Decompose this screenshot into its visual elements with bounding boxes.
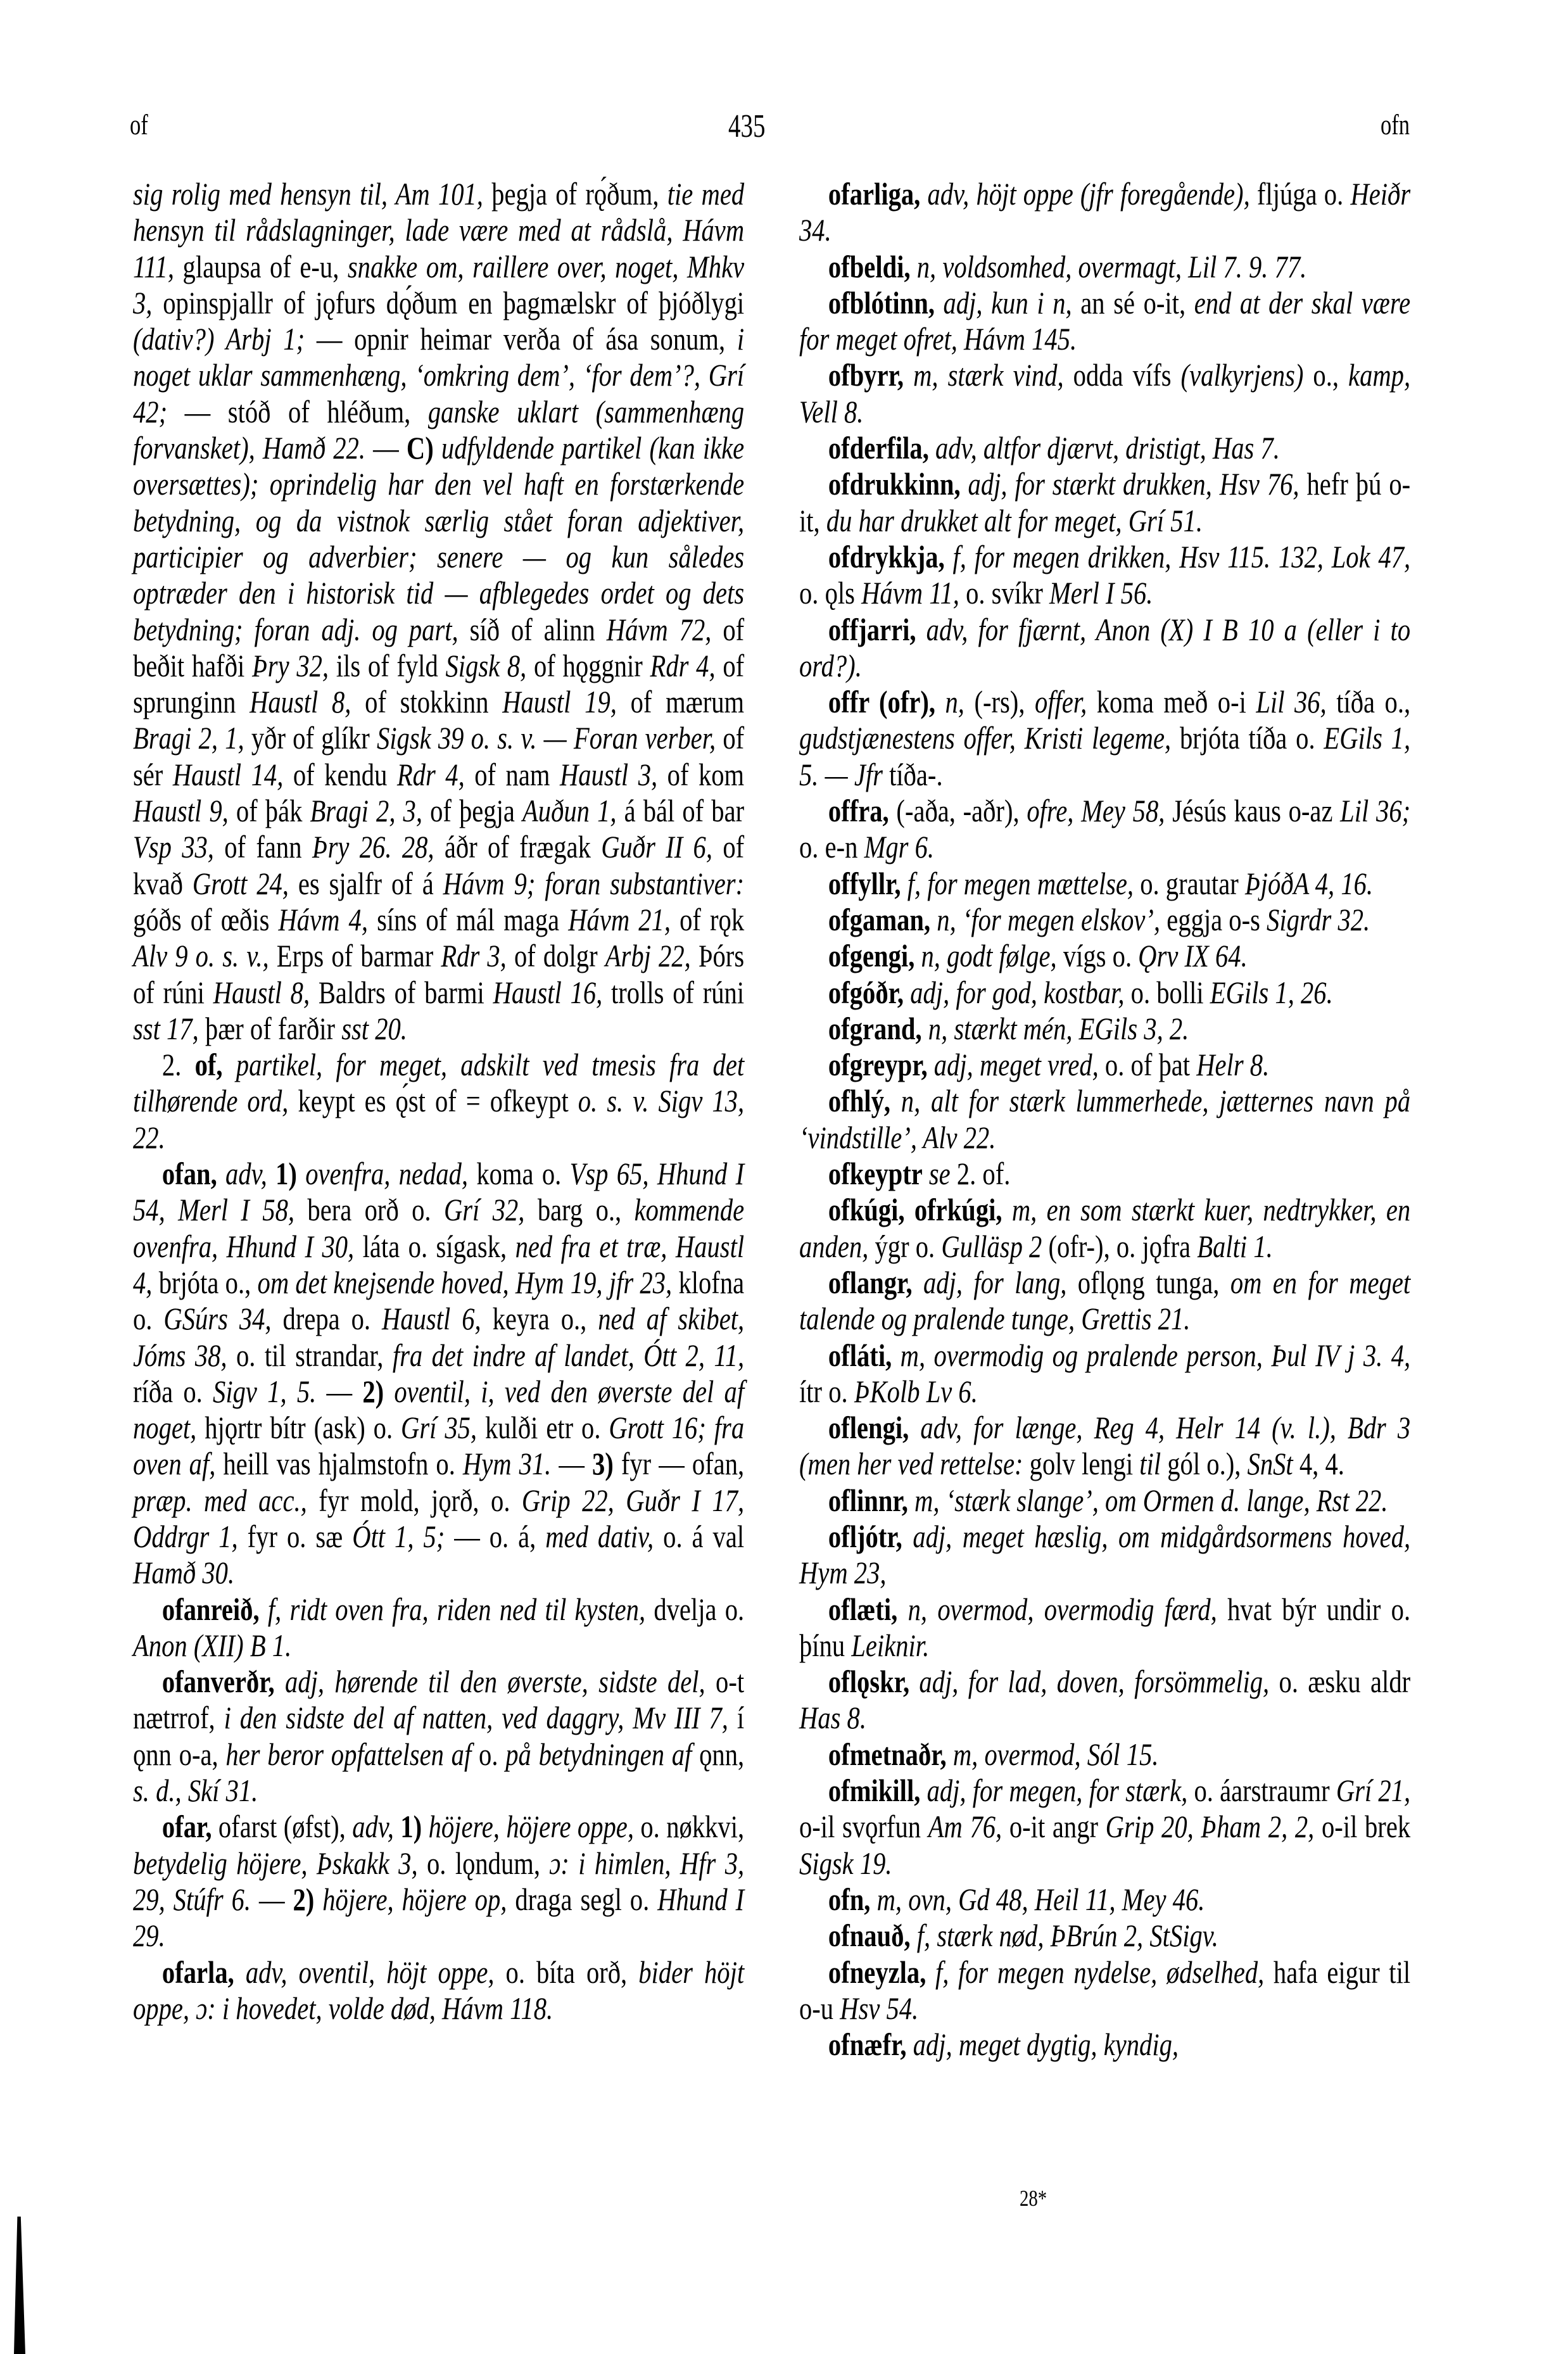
dictionary-entry: offr (ofr), n, (-rs), offer, koma með o-… <box>799 684 1410 793</box>
italic-text: f, stærk nød, ÞBrún 2, StSigv. <box>911 1918 1218 1953</box>
italic-text: på betydningen af <box>505 1737 692 1772</box>
roman-text: láta o. sígask, <box>354 1229 515 1264</box>
headword: ofn, <box>828 1882 871 1917</box>
italic-text: Haustl 14, <box>173 757 284 792</box>
roman-text: — <box>251 1882 293 1917</box>
roman-text: yðr of glíkr <box>244 721 377 756</box>
roman-text: of rǫk <box>671 902 744 937</box>
roman-text: fyr — ofan, <box>614 1446 744 1481</box>
roman-text: trolls of rúni <box>602 975 744 1010</box>
headword: oflangr, <box>828 1265 913 1300</box>
roman-text: hjǫrtr bítr (ask) o. <box>196 1410 401 1445</box>
dictionary-entry: ofanreið, f, ridt oven fra, riden ned ti… <box>133 1591 744 1664</box>
dictionary-entry: ofmikill, adj, for megen, for stærk, o. … <box>799 1773 1410 1882</box>
roman-text: tíða-. <box>883 757 943 792</box>
italic-text: n, godt følge, <box>914 939 1056 973</box>
roman-text: of hǫggnir <box>526 649 650 683</box>
headword: ofgóðr, <box>828 975 904 1010</box>
dictionary-entry: oflǫskr, adj, for lad, doven, forsömmeli… <box>799 1664 1410 1737</box>
roman-text: opinspjallr of jǫfurs dǫ́ðum en þagmælsk… <box>152 286 744 320</box>
italic-text: adj, for megen, for stærk, <box>920 1773 1187 1808</box>
dictionary-entry: ofarla, adv, oventil, höjt oppe, o. bíta… <box>133 1954 744 2027</box>
roman-text: fljúga o. <box>1250 177 1351 212</box>
italic-text: adj, for lad, doven, forsömmelig, <box>909 1664 1269 1699</box>
roman-text: o. áarstraumr <box>1187 1773 1336 1808</box>
roman-text: o-il svǫrfun <box>799 1809 928 1844</box>
italic-text: adj, for lang, <box>913 1265 1067 1300</box>
italic-text: Haustl 9, <box>133 794 229 828</box>
italic-text: Grip 20, Þham 2, 2, <box>1106 1809 1315 1844</box>
headword: ofláti, <box>828 1338 892 1373</box>
roman-text: síð of alinn <box>458 612 607 647</box>
headword: ofderfila, <box>828 431 929 465</box>
headword: offjarri, <box>828 612 916 647</box>
roman-text: — opnir heimar verða of ása sonum, <box>305 322 737 357</box>
italic-text: n, voldsomhed, overmagt, Lil 7. 9. 77. <box>911 250 1307 284</box>
column-right-body: ofarliga, adv, höjt oppe (jfr foregående… <box>799 176 1410 2063</box>
italic-text: Sigsk 8, <box>445 649 526 683</box>
italic-text: Þry 32, <box>252 649 329 683</box>
italic-text: Grí 35, <box>401 1410 477 1445</box>
roman-text: — <box>365 431 407 465</box>
roman-text: o. bíta orð, <box>495 1955 639 1990</box>
headword: oflǫskr, <box>828 1664 909 1699</box>
running-head-right: ofn <box>1381 108 1410 141</box>
italic-text: n, ‘for megen elskov’, <box>930 902 1160 937</box>
italic-text: til <box>1139 1446 1161 1481</box>
roman-text: (-rs), <box>964 685 1035 719</box>
italic-text: Hym 31. <box>463 1446 551 1481</box>
roman-text: keypt es ǫ́st of = ofkeypt <box>288 1084 578 1118</box>
headword: ofgengi, <box>828 939 914 973</box>
italic-text: adv, oventil, höjt oppe, <box>234 1955 495 1990</box>
binding-edge-shadow <box>14 2217 25 2354</box>
roman-text: fyr o. sæ <box>238 1519 353 1554</box>
italic-text: SnSt <box>1248 1446 1293 1481</box>
italic-text: adj, meget dygtig, kyndig, <box>907 2027 1179 2062</box>
italic-text: Grí 21, <box>1336 1773 1410 1808</box>
headword: ofanreið, <box>162 1592 260 1627</box>
roman-text: keyra o., <box>481 1301 598 1336</box>
roman-text: of dolgr <box>507 939 605 973</box>
dictionary-entry: ofar, ofarst (øfst), adv, 1) höjere, höj… <box>133 1809 744 1954</box>
italic-text: Haustl 8, <box>250 685 351 719</box>
roman-text: Erps of barmar <box>269 939 441 973</box>
italic-text: sig rolig med hensyn til, Am 101, <box>133 177 483 212</box>
italic-text: m, overmod, Sól 15. <box>947 1737 1159 1772</box>
roman-text: — stóð of hléðum, <box>167 395 428 429</box>
italic-text: Hávm 9; foran substantiver: <box>443 866 744 901</box>
roman-text: o. <box>471 1737 505 1772</box>
headword: 2) <box>362 1374 384 1409</box>
roman-text: drepa o. <box>272 1301 382 1336</box>
italic-text: n, stærkt mén, EGils 3, 2. <box>922 1011 1189 1046</box>
italic-text: n, alt for stærk lummerhede, jætternes n… <box>799 1084 1410 1155</box>
italic-text: Balti 1. <box>1197 1229 1273 1264</box>
headword: ofar, <box>162 1809 212 1844</box>
roman-text: an sé o-it, <box>1072 286 1194 320</box>
dictionary-entry: ofneyzla, f, for megen nydelse, ødselhed… <box>799 1954 1410 2027</box>
italic-text: Grott 24, <box>193 866 289 901</box>
roman-text: síns of mál maga <box>368 902 568 937</box>
headword: 3) <box>592 1446 614 1481</box>
roman-text: o-it angr <box>1002 1809 1105 1844</box>
italic-text: Anon (XII) B 1. <box>133 1628 291 1663</box>
dictionary-entry: ofanverðr, adj, hørende til den øverste,… <box>133 1664 744 1809</box>
italic-text: ÞjóðA 4, 16. <box>1245 866 1373 901</box>
dictionary-entry: ofkeyptr se 2. of. <box>799 1156 1410 1192</box>
dictionary-entry: ofnauð, f, stærk nød, ÞBrún 2, StSigv. <box>799 1918 1410 1954</box>
headword: oflæti, <box>828 1592 897 1627</box>
column-left-body: sig rolig med hensyn til, Am 101, þegja … <box>133 176 744 2027</box>
roman-text: o. svíkr <box>959 576 1049 611</box>
headword: C) <box>407 431 434 465</box>
italic-text: adv, altfor djærvt, dristigt, Has 7. <box>929 431 1280 465</box>
dictionary-entry: ofblótinn, adj, kun i n, an sé o-it, end… <box>799 285 1410 358</box>
italic-text: Hamð 30. <box>133 1555 234 1590</box>
headword: oflengi, <box>828 1410 909 1445</box>
dictionary-entry: ofgrand, n, stærkt mén, EGils 3, 2. <box>799 1011 1410 1047</box>
headword: 2) <box>293 1882 315 1917</box>
headword: ofmetnaðr, <box>828 1737 947 1772</box>
roman-text: o. e-n <box>799 830 864 864</box>
headword: 1) <box>394 1809 422 1844</box>
headword: ofarliga, <box>828 177 920 212</box>
roman-text: o. nøkkvi, <box>634 1809 744 1844</box>
roman-text: (ofr-), o. jǫfra <box>1042 1229 1197 1264</box>
italic-text: Haustl 3, <box>560 757 657 792</box>
roman-text: tíða o., <box>1327 685 1410 719</box>
dictionary-entry: ofdrukkinn, adj, for stærkt drukken, Hsv… <box>799 466 1410 539</box>
dictionary-entry: ofgóðr, adj, for god, kostbar, o. bolli … <box>799 975 1410 1011</box>
roman-text: of stokkinn <box>351 685 502 719</box>
italic-text: adj, hørende til den øverste, sidste del… <box>275 1664 705 1699</box>
headword: ofneyzla, <box>828 1955 926 1990</box>
italic-text: f, for megen drikken, Hsv 115. 132, Lok … <box>945 540 1410 574</box>
italic-text: gudstjænestens offer, Kristi legeme, <box>799 721 1171 756</box>
italic-text: Helr 8. <box>1196 1047 1269 1082</box>
italic-text: f, ridt oven fra, riden ned til kysten, <box>260 1592 645 1627</box>
italic-text: Ǫrv IX 64. <box>1138 939 1247 973</box>
headword: ofgrand, <box>828 1011 922 1046</box>
italic-text: höjere, höjere oppe, <box>422 1809 634 1844</box>
roman-text: o. til strandar, <box>227 1338 393 1373</box>
headword: of, <box>195 1047 223 1082</box>
italic-text: (valkyrjens) <box>1181 358 1304 393</box>
dictionary-entry: ofdrykkja, f, for megen drikken, Hsv 115… <box>799 539 1410 612</box>
roman-text: es sjalfr of á <box>289 866 443 901</box>
headword: oflinnr, <box>828 1483 908 1518</box>
headword: ofkeyptr <box>828 1156 923 1191</box>
italic-text: fra det indre af landet, Ótt 2, 11, <box>393 1338 744 1373</box>
roman-text: kulði etr o. <box>477 1410 609 1445</box>
dictionary-entry: ofláti, m, overmodig og pralende person,… <box>799 1338 1410 1410</box>
italic-text: Hávm 4, <box>278 902 367 937</box>
italic-text: Am 76, <box>928 1809 1002 1844</box>
signature-mark: 28* <box>1020 2185 1047 2212</box>
italic-text: GSúrs 34, <box>163 1301 271 1336</box>
dictionary-entry: ofmetnaðr, m, overmod, Sól 15. <box>799 1737 1410 1773</box>
headword: ofljótr, <box>828 1519 902 1554</box>
italic-text: s. d., Skí 31. <box>133 1773 258 1808</box>
italic-text: Rdr 4, <box>650 649 716 683</box>
headword: ofanverðr, <box>162 1664 275 1699</box>
column-right: ofarliga, adv, höjt oppe (jfr foregående… <box>799 176 1410 2063</box>
roman-text: ítr o. <box>799 1374 854 1409</box>
roman-text: — <box>551 1446 592 1481</box>
headword: ofgaman, <box>828 902 930 937</box>
italic-text: med dativ, <box>545 1519 654 1554</box>
italic-text: præp. med acc., <box>133 1483 307 1518</box>
dictionary-entry: ofkúgi, ofrkúgi, m, en som stærkt kuer, … <box>799 1192 1410 1265</box>
italic-text: Hávm 21, <box>568 902 671 937</box>
italic-text: Mgr 6. <box>864 830 934 864</box>
roman-text: of fann <box>214 830 312 864</box>
italic-text: Hsv 54. <box>840 1991 918 2026</box>
italic-text: ovenfra, nedad, <box>297 1156 468 1191</box>
headword: ofarla, <box>162 1955 234 1990</box>
headword: ofhlý, <box>828 1084 890 1118</box>
italic-text: Haustl 19, <box>502 685 617 719</box>
roman-text: vígs o. <box>1057 939 1139 973</box>
italic-text: se <box>923 1156 951 1191</box>
italic-text: (dativ?) Arbj 1; <box>133 322 305 357</box>
italic-text: Leiknir. <box>851 1628 929 1663</box>
roman-text: o. lǫndum, <box>418 1846 550 1881</box>
headword: ofgreypr, <box>828 1047 928 1082</box>
italic-text: Hávm 11, <box>861 576 959 611</box>
headword: ofdrykkja, <box>828 540 945 574</box>
italic-text: n, overmod, overmodig færd, <box>897 1592 1217 1627</box>
italic-text: i den sidste del af natten, ved daggry, … <box>224 1700 728 1735</box>
roman-text: Baldrs of barmi <box>310 975 493 1010</box>
page-number: 435 <box>728 108 766 145</box>
roman-text: of þegja <box>422 794 522 828</box>
roman-text: glaupsa of e-u, <box>174 250 348 284</box>
roman-text: þær of farðir <box>199 1011 341 1046</box>
italic-text: f, for megen nydelse, ødselhed, <box>926 1955 1264 1990</box>
italic-text: m, stærk vind, <box>904 358 1064 393</box>
roman-text: ofarst (øfst), <box>212 1809 352 1844</box>
dictionary-entry: ofarliga, adv, höjt oppe (jfr foregående… <box>799 176 1410 249</box>
italic-text: adj, meget vred, <box>928 1047 1099 1082</box>
italic-text: Grí 32, <box>444 1193 525 1227</box>
roman-text: — o. á, <box>445 1519 545 1554</box>
italic-text: Merl I 56. <box>1049 576 1153 611</box>
roman-text: draga segl o. <box>507 1882 657 1917</box>
italic-text: Haustl 8, <box>213 975 310 1010</box>
italic-text: Sigsk 19. <box>799 1846 892 1881</box>
roman-text: of kendu <box>283 757 397 792</box>
roman-text: o., <box>1303 358 1348 393</box>
roman-text: barg o., <box>524 1193 634 1227</box>
headword: offyllr, <box>828 866 901 901</box>
roman-text: ýgr o. <box>868 1229 941 1264</box>
italic-text: ofre, Mey 58, <box>1027 794 1165 828</box>
italic-text: Rdr 4, <box>397 757 465 792</box>
italic-text: Has 8. <box>799 1700 866 1735</box>
dictionary-entry: offyllr, f, for megen mættelse, o. graut… <box>799 866 1410 902</box>
roman-text: of nam <box>465 757 560 792</box>
dictionary-entry: ofderfila, adv, altfor djærvt, dristigt,… <box>799 430 1410 466</box>
dictionary-entry: ofgreypr, adj, meget vred, o. of þat Hel… <box>799 1047 1410 1083</box>
italic-text: offer, <box>1035 685 1087 719</box>
roman-text: eggja o-s <box>1160 902 1267 937</box>
headword: ofan, <box>162 1156 217 1191</box>
italic-text: om det knejsende hoved, Hym 19, jfr 23, <box>258 1265 673 1300</box>
italic-text: her beror opfattelsen af <box>225 1737 471 1772</box>
headword: offr (ofr), <box>828 685 935 719</box>
italic-text: Gulläsp 2 <box>941 1229 1042 1264</box>
roman-text: ils of fyld <box>329 649 445 683</box>
italic-text: betydelig höjere, Þskakk 3, <box>133 1846 418 1881</box>
roman-text: ǫnn, <box>692 1737 744 1772</box>
dictionary-entry: ofljótr, adj, meget hæslig, om midgårdso… <box>799 1519 1410 1591</box>
roman-text: o. bolli <box>1124 975 1210 1010</box>
italic-text: sst 17, <box>133 1011 199 1046</box>
roman-text: gól o.), <box>1161 1446 1247 1481</box>
dictionary-entry: oflæti, n, overmod, overmodig færd, hvat… <box>799 1591 1410 1664</box>
dictionary-entry: ofbeldi, n, voldsomhed, overmagt, Lil 7.… <box>799 249 1410 285</box>
headword: ofblótinn, <box>828 286 935 320</box>
italic-text: Hávm 72, <box>607 612 712 647</box>
italic-text: Auðun 1, <box>522 794 617 828</box>
headword: ofbeldi, <box>828 250 911 284</box>
dictionary-entry: ofgengi, n, godt følge, vígs o. Ǫrv IX 6… <box>799 938 1410 974</box>
italic-text: Bragi 2, 1, <box>133 721 244 756</box>
italic-text: m, overmodig og pralende person, Þul IV … <box>892 1338 1410 1373</box>
roman-text: o. ǫls <box>799 576 861 611</box>
dictionary-entry: oflangr, adj, for lang, oflǫng tunga, om… <box>799 1265 1410 1338</box>
headword: ofmikill, <box>828 1773 920 1808</box>
roman-text: góðs of œðis <box>133 902 278 937</box>
italic-text: adv, <box>217 1156 267 1191</box>
headword: ofbyrr, <box>828 358 904 393</box>
italic-text: Haustl 16, <box>493 975 603 1010</box>
italic-text: adv, <box>352 1809 394 1844</box>
dictionary-entry: offra, (-aða, -aðr), ofre, Mey 58, Jésús… <box>799 793 1410 866</box>
dictionary-entry: oflengi, adv, for længe, Reg 4, Helr 14 … <box>799 1410 1410 1483</box>
dictionary-entry: oflinnr, m, ‘stærk slange’, om Ormen d. … <box>799 1483 1410 1519</box>
italic-text: Lil 36, <box>1256 685 1326 719</box>
italic-text: Haustl 6, <box>382 1301 481 1336</box>
headword: ofkúgi, ofrkúgi, <box>828 1193 1002 1227</box>
dictionary-entry: sig rolig med hensyn til, Am 101, þegja … <box>133 176 744 1047</box>
roman-text: bera orð o. <box>294 1193 444 1227</box>
roman-text: of þák <box>229 794 310 828</box>
roman-text: á bál of bar <box>617 794 745 828</box>
roman-text: Jésús kaus o-az <box>1165 794 1340 828</box>
roman-text: of kom <box>657 757 744 792</box>
running-head-left: of <box>130 108 148 141</box>
italic-text: Alv 9 o. s. v., <box>133 939 269 973</box>
headword: 1) <box>267 1156 297 1191</box>
dictionary-entry: ofn, m, ovn, Gd 48, Heil 11, Mey 46. <box>799 1882 1410 1918</box>
italic-text: Sigsk 39 o. s. v. — Foran verber, <box>377 721 716 756</box>
italic-text: m, ‘stærk slange’, om Ormen d. lange, Rs… <box>908 1483 1388 1518</box>
roman-text: — <box>316 1374 362 1409</box>
headword: ofnæfr, <box>828 2027 907 2062</box>
italic-text: adj, for god, kostbar, <box>904 975 1124 1010</box>
dictionary-entry: ofan, adv, 1) ovenfra, nedad, koma o. Vs… <box>133 1156 744 1591</box>
roman-text: þegja of rǫ́ðum, <box>483 177 667 212</box>
headword: ofdrukkinn, <box>828 467 961 502</box>
dictionary-entry: ofgaman, n, ‘for megen elskov’, eggja o-… <box>799 902 1410 938</box>
italic-text: Guðr II 6, <box>601 830 712 864</box>
roman-text: o. æsku aldr <box>1269 1664 1410 1699</box>
italic-text: Bragi 2, 3, <box>310 794 422 828</box>
italic-text: du har drukket alt for meget, Grí 51. <box>826 503 1203 538</box>
italic-text: Ótt 1, 5; <box>352 1519 445 1554</box>
roman-text: brjóta o., <box>152 1265 257 1300</box>
roman-text: oflǫng tunga, <box>1066 1265 1230 1300</box>
roman-text: golv lengi <box>1023 1446 1140 1481</box>
roman-text: ríða o. <box>133 1374 213 1409</box>
dictionary-entry: ofhlý, n, alt for stærk lummerhede, jætt… <box>799 1083 1410 1156</box>
italic-text: Þry 26. 28, <box>312 830 434 864</box>
roman-text: dvelja o. <box>645 1592 744 1627</box>
roman-text: heill vas hjalmstofn o. <box>215 1446 463 1481</box>
dictionary-entry: ofnæfr, adj, meget dygtig, kyndig, <box>799 2027 1410 2063</box>
roman-text: odda vífs <box>1064 358 1181 393</box>
roman-text: koma með o-i <box>1087 685 1256 719</box>
italic-text: n, <box>935 685 964 719</box>
italic-text: m, ovn, Gd 48, Heil 11, Mey 46. <box>870 1882 1204 1917</box>
roman-text: áðr of frægak <box>434 830 602 864</box>
dictionary-entry: offjarri, adv, for fjærnt, Anon (X) I B … <box>799 612 1410 685</box>
roman-text: 4, 4. <box>1293 1446 1344 1481</box>
dictionary-entry: 2. of, partikel, for meget, adskilt ved … <box>133 1047 744 1156</box>
dictionary-entry: ofbyrr, m, stærk vind, odda vífs (valkyr… <box>799 357 1410 430</box>
roman-text: o. grautar <box>1134 866 1245 901</box>
roman-text: koma o. <box>468 1156 570 1191</box>
italic-text: adj, kun i n, <box>935 286 1072 320</box>
italic-text: Vsp 33, <box>133 830 214 864</box>
roman-text: of mærum <box>617 685 744 719</box>
italic-text: Lil 36; <box>1340 794 1410 828</box>
roman-text: o. á val <box>654 1519 744 1554</box>
roman-text: brjóta tíða o. <box>1171 721 1324 756</box>
page-header: of 435 ofn <box>0 95 1568 152</box>
italic-text: ÞKolb Lv 6. <box>854 1374 978 1409</box>
roman-text: o. of þat <box>1099 1047 1196 1082</box>
roman-text: o-il brek <box>1314 1809 1410 1844</box>
headword: ofnauð, <box>828 1918 911 1953</box>
italic-text: EGils 1, 26. <box>1210 975 1333 1010</box>
roman-text: 2. of. <box>951 1156 1011 1191</box>
italic-text: f, for megen mættelse, <box>901 866 1134 901</box>
italic-text: Sigv 1, 5. <box>213 1374 316 1409</box>
roman-text: (-aða, -aðr), <box>889 794 1027 828</box>
italic-text: höjere, höjere op, <box>314 1882 507 1917</box>
headword: offra, <box>828 794 889 828</box>
italic-text: Rdr 3, <box>441 939 506 973</box>
italic-text: Arbj 22, <box>605 939 691 973</box>
italic-text: adv, höjt oppe (jfr foregående), <box>920 177 1249 212</box>
italic-text: Sigrdr 32. <box>1267 902 1370 937</box>
column-left: sig rolig med hensyn til, Am 101, þegja … <box>133 176 744 2027</box>
roman-text: fyr mold, jǫrð, o. <box>307 1483 522 1518</box>
roman-text: 2. <box>162 1047 195 1082</box>
italic-text: sst 20. <box>341 1011 407 1046</box>
italic-text: adj, for stærkt drukken, Hsv 76, <box>961 467 1299 502</box>
